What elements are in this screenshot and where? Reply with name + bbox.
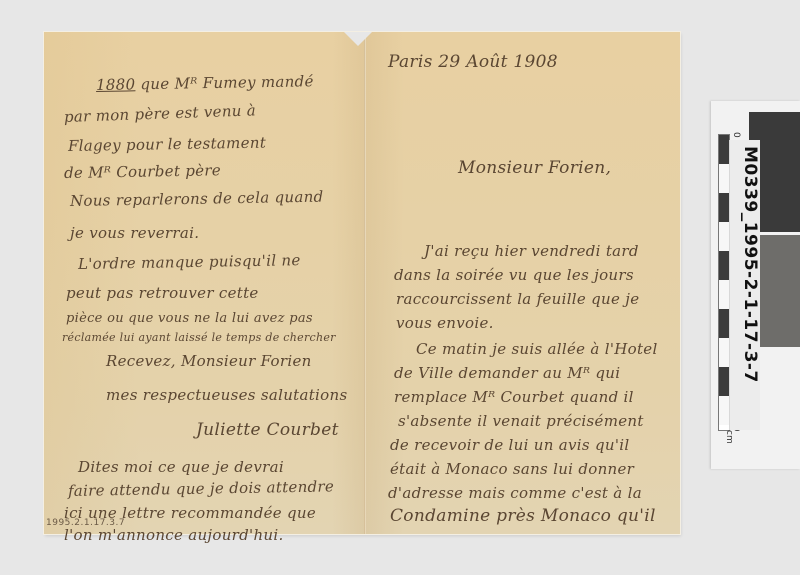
left-line-1-rest: que Mᴿ Fumey mandé xyxy=(135,72,314,93)
accession-number: 1995.2.1.17.3.7 xyxy=(46,518,125,528)
left-line-9: pièce ou que vous ne la lui avez pas xyxy=(66,312,313,325)
right-line-2: dans la soirée vu que les jours xyxy=(394,268,634,283)
scan-stage: 1880 que Mᴿ Fumey mandé par mon père est… xyxy=(0,0,800,575)
dateline: Paris 29 Août 1908 xyxy=(388,54,558,71)
left-line-17: l'on m'annonce aujourd'hui. xyxy=(64,528,284,543)
left-line-10: réclamée lui ayant laissé le temps de ch… xyxy=(62,332,336,343)
right-line-4: vous envoie. xyxy=(396,316,494,331)
salutation: Monsieur Forien, xyxy=(458,160,611,177)
left-line-5: Nous reparlerons de cela quand xyxy=(70,190,324,209)
right-line-8: s'absente il venait précisément xyxy=(398,414,644,429)
year-1880: 1880 xyxy=(96,75,136,94)
right-line-1: J'ai reçu hier vendredi tard xyxy=(424,244,639,259)
right-line-9: de recevoir de lui un avis qu'il xyxy=(390,438,629,453)
left-line-3: Flagey pour le testament xyxy=(68,136,266,154)
left-line-6: je vous reverrai. xyxy=(70,226,199,241)
letter-sheet: 1880 que Mᴿ Fumey mandé par mon père est… xyxy=(44,32,680,534)
ruler-unit-label: cm xyxy=(724,430,734,444)
page-fold xyxy=(364,32,366,534)
right-line-10: était à Monaco sans lui donner xyxy=(390,462,634,477)
left-line-1: 1880 que Mᴿ Fumey mandé xyxy=(96,74,314,93)
right-line-12: Condamine près Monaco qu'il xyxy=(390,508,656,525)
catalog-label: M0339_1995-2-1-17-3-7 xyxy=(740,146,760,383)
right-line-11: d'adresse mais comme c'est à la xyxy=(388,486,642,501)
color-patch-grey xyxy=(757,235,800,347)
paper-tear xyxy=(344,32,372,46)
left-line-4: de Mᴿ Courbet père xyxy=(64,163,221,181)
right-line-6: de Ville demander au Mᴿ qui xyxy=(394,366,620,381)
left-line-7: L'ordre manque puisqu'il ne xyxy=(78,253,301,272)
left-line-8: peut pas retrouver cette xyxy=(66,286,259,301)
left-line-15: faire attendu que je dois attendre xyxy=(68,479,334,499)
right-line-7: remplace Mᴿ Courbet quand il xyxy=(394,390,634,405)
ruler-start-label: 0 xyxy=(731,132,741,138)
signature: Juliette Courbet xyxy=(196,422,339,439)
left-line-12: mes respectueuses salutations xyxy=(106,388,347,403)
left-line-11: Recevez, Monsieur Forien xyxy=(106,354,312,369)
left-line-14: Dites moi ce que je devrai xyxy=(78,460,284,475)
right-line-5: Ce matin je suis allée à l'Hotel xyxy=(416,342,658,357)
right-line-3: raccourcissent la feuille que je xyxy=(396,292,639,307)
